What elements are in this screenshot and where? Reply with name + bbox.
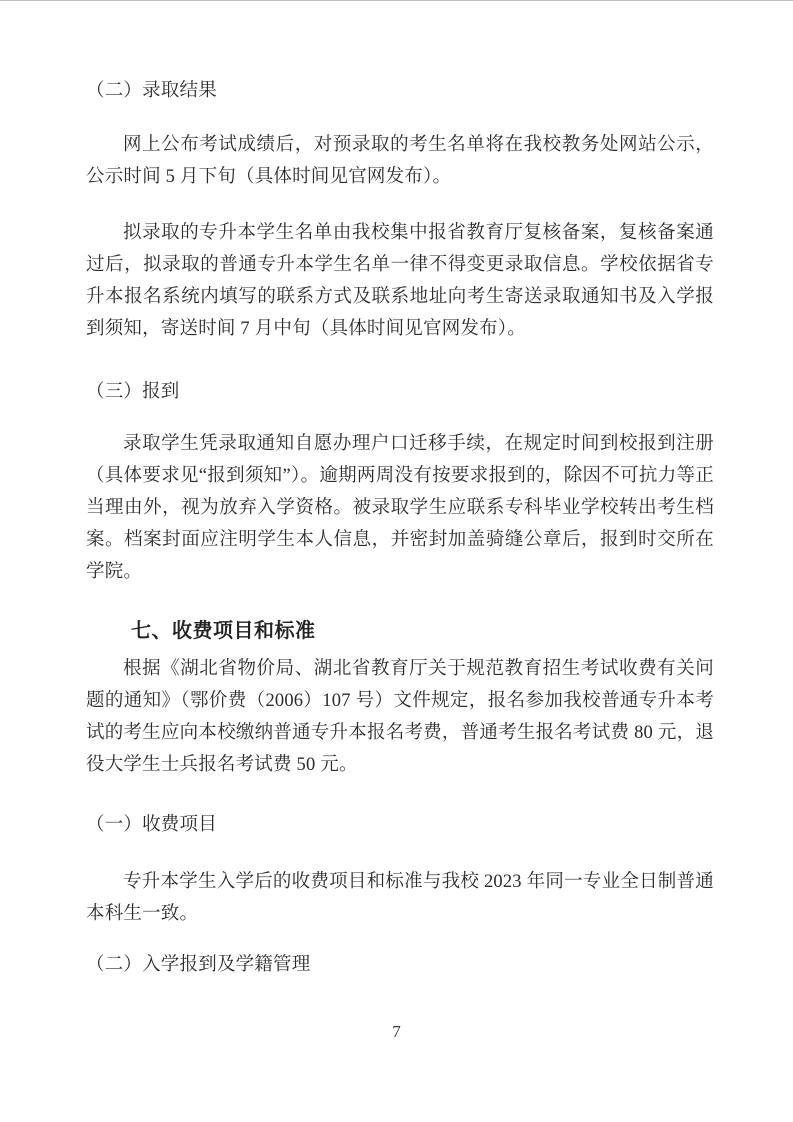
paragraph-admission-list-filing: 拟录取的专升本学生名单由我校集中报省教育厅复核备案，复核备案通过后，拟录取的普通…	[86, 217, 714, 345]
page-number: 7	[0, 1019, 793, 1045]
heading-fees-and-standards: 七、收费项目和标准	[86, 613, 714, 649]
subheading-enrollment-and-status: （二）入学报到及学籍管理	[86, 949, 714, 981]
paragraph-exam-fee-regulation: 根据《湖北省物价局、湖北省教育厅关于规范教育招生考试收费有关问题的通知》（鄂价费…	[86, 653, 714, 781]
subheading-fee-items: （一）收费项目	[86, 809, 714, 841]
document-content: （二）录取结果 网上公布考试成绩后，对预录取的考生名单将在我校教务处网站公示，公…	[86, 0, 714, 981]
document-page: （二）录取结果 网上公布考试成绩后，对预录取的考生名单将在我校教务处网站公示，公…	[0, 0, 793, 1122]
paragraph-results-publication: 网上公布考试成绩后，对预录取的考生名单将在我校教务处网站公示，公示时间 5 月下…	[86, 129, 714, 193]
subheading-admission-results: （二）录取结果	[86, 75, 714, 107]
paragraph-registration-rules: 录取学生凭录取通知自愿办理户口迁移手续，在规定时间到校报到注册（具体要求见“报到…	[86, 428, 714, 588]
paragraph-fee-items-standard: 专升本学生入学后的收费项目和标准与我校 2023 年同一专业全日制普通本科生一致…	[86, 866, 714, 930]
subheading-registration: （三）报到	[86, 376, 714, 408]
